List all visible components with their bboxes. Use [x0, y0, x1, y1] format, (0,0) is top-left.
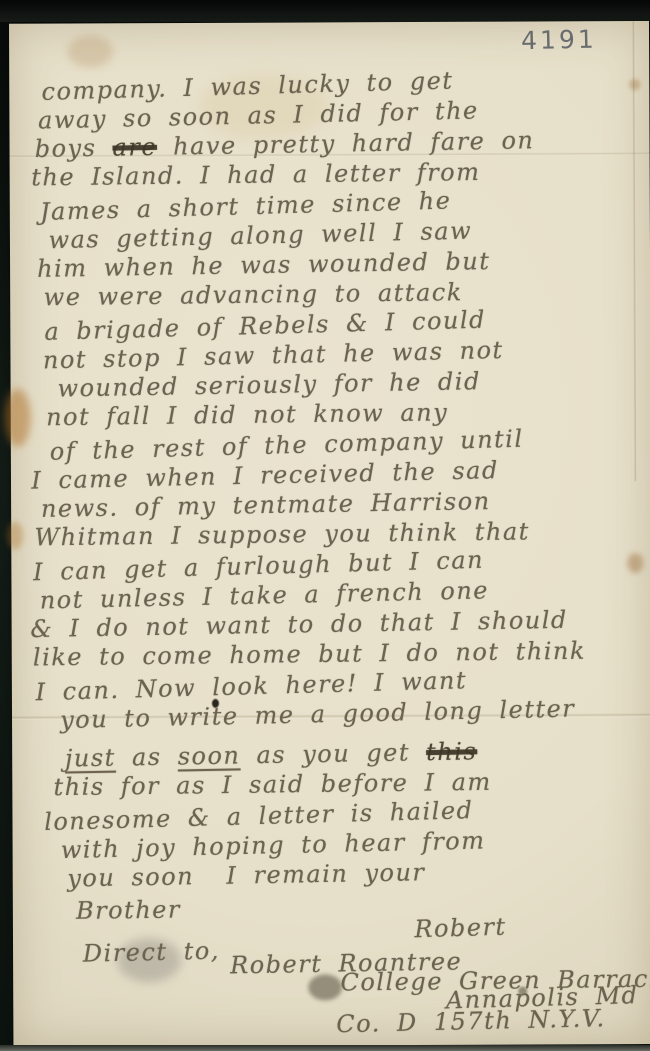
letter-text: you soon I remain your	[67, 858, 426, 892]
letter-text: the Island. I had a letter from	[31, 158, 480, 191]
letter-text-underline: soon	[177, 741, 240, 770]
letter-text: boys	[34, 134, 112, 163]
letter-text: Co. D 157th N.Y.V.	[336, 1004, 606, 1038]
letter-text: wounded seriously for he did	[57, 367, 481, 402]
letter-text: not fall I did not know any	[46, 398, 448, 431]
letter-page: 4191 company. I was lucky to getaway so …	[9, 21, 650, 1047]
paper-stain	[5, 389, 31, 447]
letter-text: we were advancing to attack	[44, 278, 463, 311]
letter-text-scribble: this	[426, 737, 478, 766]
paper-stain	[67, 35, 113, 67]
photo-edge-bottom	[0, 1045, 650, 1051]
letter-body: company. I was lucky to getaway so soon …	[37, 64, 650, 1046]
letter-text: this for as I said before I am	[53, 768, 492, 801]
letter-text: have pretty hard fare on	[157, 126, 535, 161]
photo-dark-border-top	[0, 0, 650, 22]
letter-text: as you get	[240, 738, 426, 769]
paper-stain	[7, 522, 23, 550]
letter-text: as	[116, 743, 178, 772]
scanned-letter-photo: 4191 company. I was lucky to getaway so …	[0, 0, 650, 1051]
catalog-number: 4191	[521, 25, 597, 56]
letter-text: Brother	[76, 896, 181, 925]
letter-text-underline: just	[65, 744, 116, 773]
letter-text: Direct to,	[83, 937, 221, 968]
letter-text-scribble: are	[112, 133, 157, 162]
letter-line: Co. D 157th N.Y.V.	[336, 1003, 650, 1040]
